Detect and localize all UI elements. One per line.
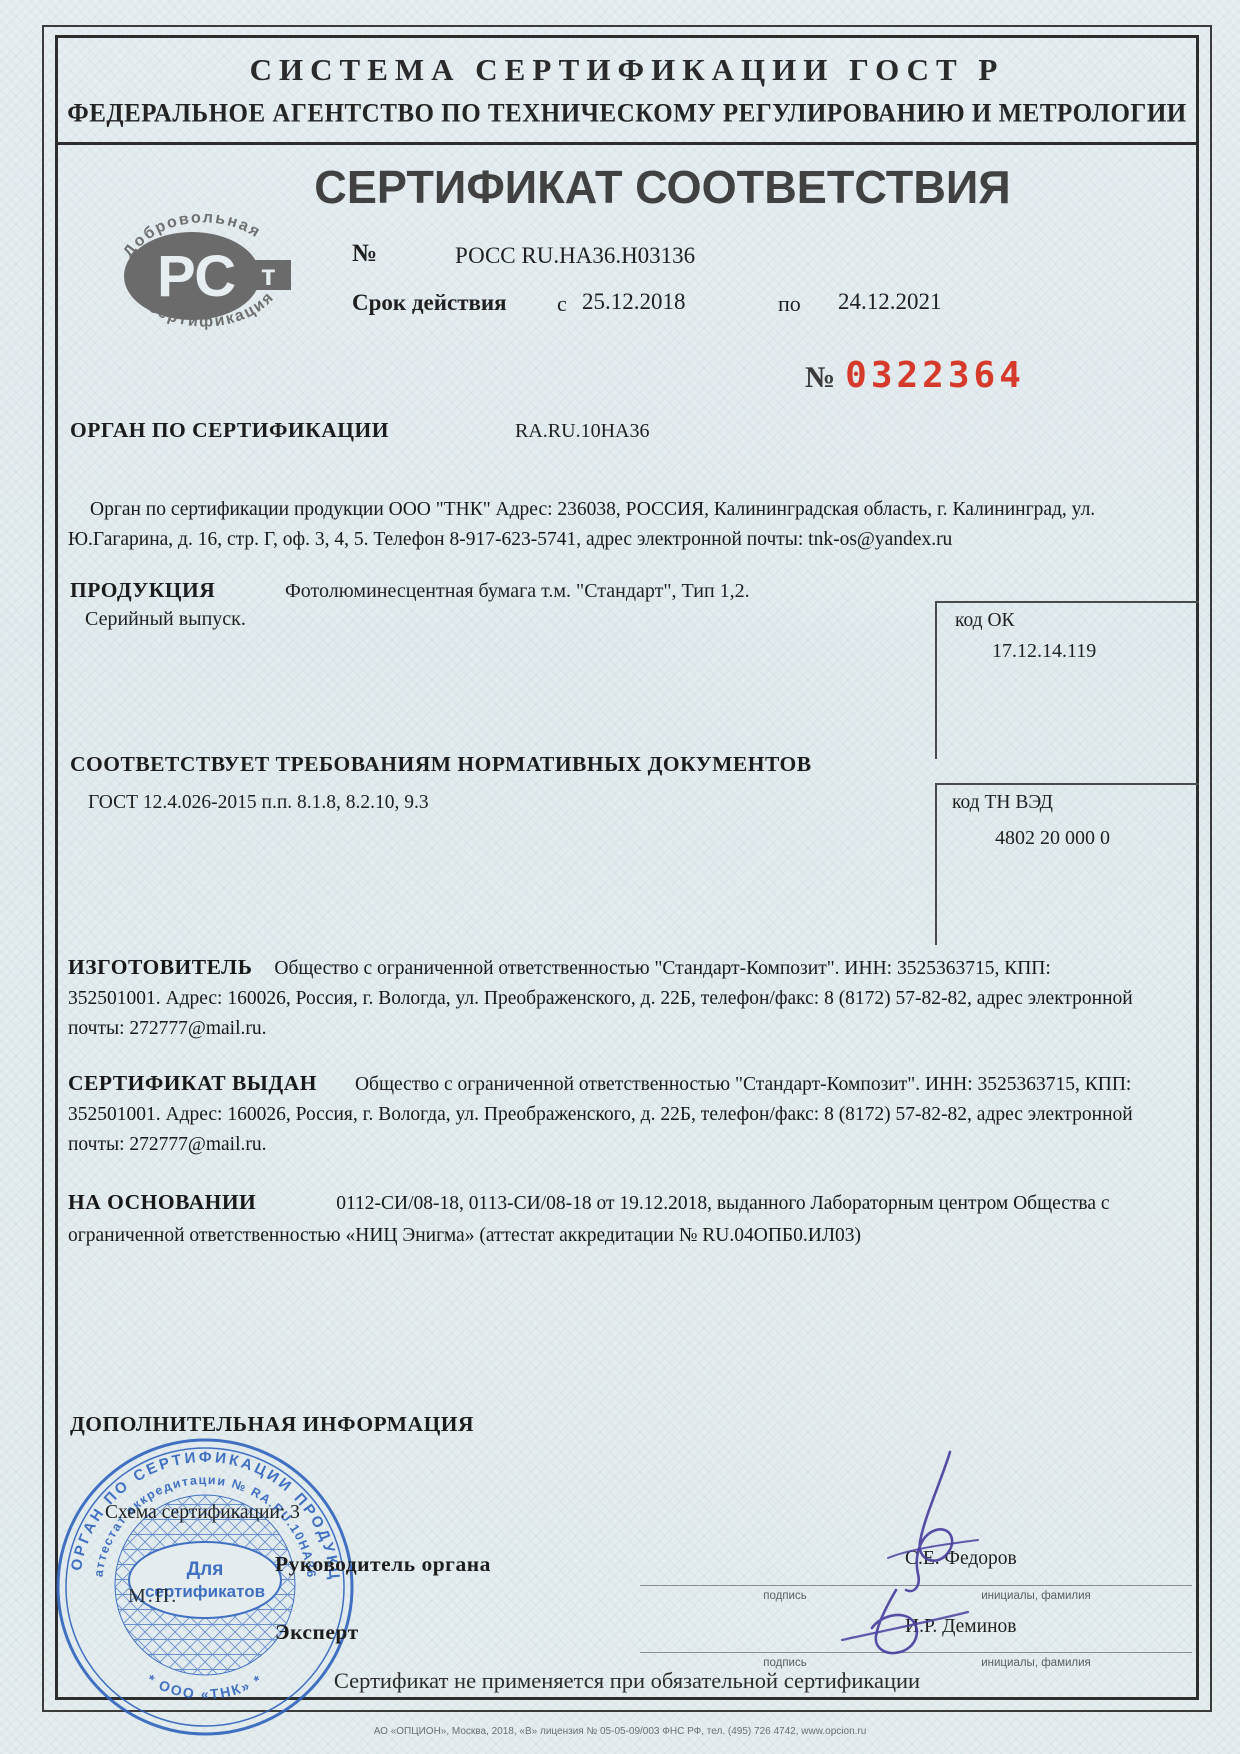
- blank-number: №0322364: [805, 355, 1025, 396]
- certification-body-label: ОРГАН ПО СЕРТИФИКАЦИИ: [70, 418, 389, 443]
- header-divider: [55, 142, 1199, 145]
- head-role-label: Руководитель органа: [275, 1552, 491, 1577]
- validity-to-date: 24.12.2021: [838, 289, 942, 315]
- head-signature-ink: [828, 1448, 1018, 1598]
- rst-logo-icon: Добровольная сертификация РС т: [95, 178, 305, 343]
- issued-paragraph: СЕРТИФИКАТ ВЫДАНОбщество с ограниченной …: [68, 1068, 1140, 1160]
- issued-label: СЕРТИФИКАТ ВЫДАН: [68, 1071, 355, 1095]
- ok-code-label: код ОК: [955, 610, 1015, 632]
- validity-from-label: с: [557, 291, 567, 317]
- ok-code-value: 17.12.14.119: [992, 640, 1096, 663]
- product-description: Фотолюминесцентная бумага т.м. "Стандарт…: [285, 580, 750, 603]
- cert-number-label: №: [352, 240, 377, 268]
- validity-label: Срок действия: [352, 290, 507, 316]
- blank-number-sign: №: [805, 361, 835, 394]
- validity-to-label: по: [778, 291, 801, 317]
- certification-body-text: Орган по сертификации продукции ООО "ТНК…: [68, 495, 1143, 555]
- stamp-center-line1: Для: [187, 1559, 224, 1580]
- expert-signature-ink: [818, 1582, 988, 1667]
- agency-title: ФЕДЕРАЛЬНОЕ АГЕНТСТВО ПО ТЕХНИЧЕСКОМУ РЕ…: [55, 99, 1199, 128]
- mp-seal-mark: М.П.: [128, 1585, 178, 1608]
- additional-info-heading: ДОПОЛНИТЕЛЬНАЯ ИНФОРМАЦИЯ: [70, 1412, 474, 1437]
- product-label: ПРОДУКЦИЯ: [70, 578, 215, 603]
- blank-number-digits: 0322364: [845, 355, 1025, 396]
- logo-letters: РС: [157, 244, 236, 309]
- certification-scheme: Схема сертификации: 3: [105, 1502, 300, 1524]
- bottom-note: Сертификат не применяется при обязательн…: [55, 1668, 1199, 1694]
- expert-role-label: Эксперт: [275, 1620, 359, 1645]
- logo-letter-t: т: [261, 259, 276, 292]
- cert-number-value: РОСС RU.HA36.H03136: [455, 243, 695, 269]
- system-title: СИСТЕМА СЕРТИФИКАЦИИ ГОСТ Р: [55, 52, 1199, 88]
- manufacturer-paragraph: ИЗГОТОВИТЕЛЬОбщество с ограниченной отве…: [68, 952, 1140, 1044]
- document-title: СЕРТИФИКАТ СООТВЕТСТВИЯ: [302, 160, 1022, 214]
- conformity-standard: ГОСТ 12.4.026-2015 п.п. 8.1.8, 8.2.10, 9…: [88, 792, 429, 814]
- certificate-page: СИСТЕМА СЕРТИФИКАЦИИ ГОСТ Р ФЕДЕРАЛЬНОЕ …: [0, 0, 1240, 1754]
- basis-label: НА ОСНОВАНИИ: [68, 1190, 336, 1214]
- basis-paragraph: НА ОСНОВАНИИ0112-СИ/08-18, 0113-СИ/08-18…: [68, 1186, 1123, 1252]
- certification-body-code: RA.RU.10HA36: [515, 420, 649, 443]
- validity-from-date: 25.12.2018: [582, 289, 686, 315]
- tnved-code-label: код ТН ВЭД: [952, 792, 1053, 814]
- product-serial-note: Серийный выпуск.: [85, 608, 246, 631]
- manufacturer-label: ИЗГОТОВИТЕЛЬ: [68, 955, 274, 979]
- tnved-code-value: 4802 20 000 0: [995, 827, 1110, 850]
- conformity-heading: СООТВЕТСТВУЕТ ТРЕБОВАНИЯМ НОРМАТИВНЫХ ДО…: [70, 752, 812, 777]
